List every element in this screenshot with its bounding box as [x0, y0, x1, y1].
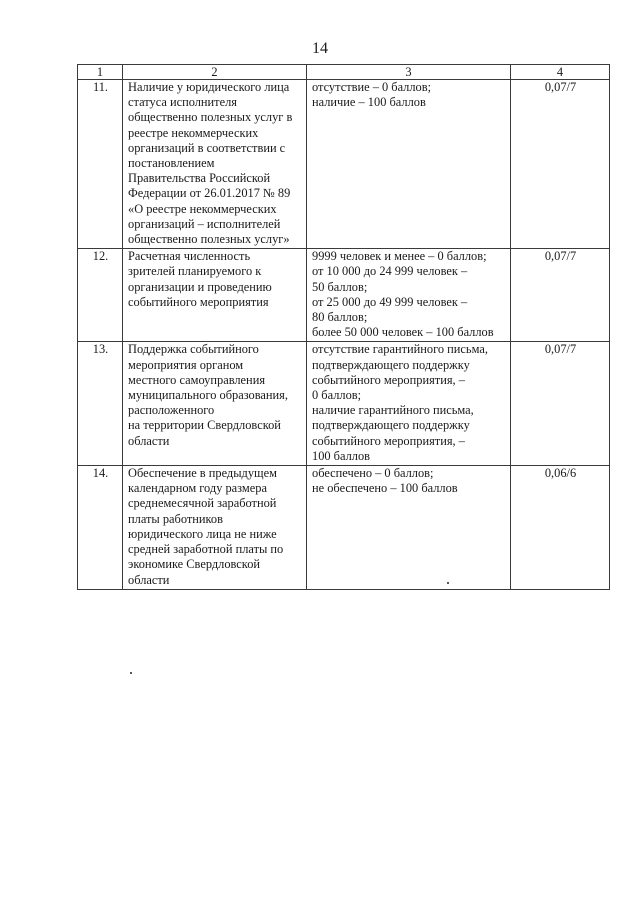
scoring-line: 100 баллов [312, 449, 506, 464]
scoring-line: 80 баллов; [312, 310, 506, 325]
criterion-line: календарном году размера [128, 481, 302, 496]
criterion-line: местного самоуправления [128, 373, 302, 388]
scoring-line: событийного мероприятия, – [312, 434, 506, 449]
scoring-line: не обеспечено – 100 баллов [312, 481, 506, 496]
header-col-3: 3 [307, 65, 511, 80]
scoring-line: 9999 человек и менее – 0 баллов; [312, 249, 506, 264]
criterion-line: общественно полезных услуг» [128, 232, 302, 247]
table-row: 13.Поддержка событийногомероприятия орга… [78, 342, 610, 466]
criterion-line: Наличие у юридического лица [128, 80, 302, 95]
scoring-line: наличие – 100 баллов [312, 95, 506, 110]
weight-cell: 0,06/6 [511, 466, 610, 590]
criterion-cell: Расчетная численностьзрителей планируемо… [123, 249, 307, 342]
scoring-line: отсутствие гарантийного письма, [312, 342, 506, 357]
header-row: 1 2 3 4 [78, 65, 610, 80]
criterion-line: Расчетная численность [128, 249, 302, 264]
scoring-line: наличие гарантийного письма, [312, 403, 506, 418]
criterion-line: Обеспечение в предыдущем [128, 466, 302, 481]
criterion-line: муниципального образования, [128, 388, 302, 403]
scoring-line: событийного мероприятия, – [312, 373, 506, 388]
header-col-4: 4 [511, 65, 610, 80]
criterion-line: реестре некоммерческих [128, 126, 302, 141]
criterion-line: статуса исполнителя [128, 95, 302, 110]
scoring-line: подтверждающего поддержку [312, 418, 506, 433]
criterion-line: экономике Свердловской [128, 557, 302, 572]
criterion-line: постановлением [128, 156, 302, 171]
table-row: 14.Обеспечение в предыдущемкалендарном г… [78, 466, 610, 590]
scan-speck [447, 582, 449, 584]
criterion-line: событийного мероприятия [128, 295, 302, 310]
criterion-cell: Обеспечение в предыдущемкалендарном году… [123, 466, 307, 590]
criterion-line: расположенного [128, 403, 302, 418]
scoring-line: подтверждающего поддержку [312, 358, 506, 373]
criterion-line: средней заработной платы по [128, 542, 302, 557]
page-number: 14 [0, 40, 640, 58]
criterion-line: мероприятия органом [128, 358, 302, 373]
weight-cell: 0,07/7 [511, 249, 610, 342]
weight-cell: 0,07/7 [511, 342, 610, 466]
row-number: 11. [78, 80, 123, 249]
criterion-line: Федерации от 26.01.2017 № 89 [128, 186, 302, 201]
row-number: 12. [78, 249, 123, 342]
criterion-line: общественно полезных услуг в [128, 110, 302, 125]
criterion-line: организаций – исполнителей [128, 217, 302, 232]
scoring-line: обеспечено – 0 баллов; [312, 466, 506, 481]
criterion-line: юридического лица не ниже [128, 527, 302, 542]
scan-speck [130, 672, 132, 674]
scoring-line: 0 баллов; [312, 388, 506, 403]
criterion-line: на территории Свердловской [128, 418, 302, 433]
criterion-line: зрителей планируемого к [128, 264, 302, 279]
scoring-line: отсутствие – 0 баллов; [312, 80, 506, 95]
criterion-line: платы работников [128, 512, 302, 527]
header-col-2: 2 [123, 65, 307, 80]
scoring-cell: отсутствие гарантийного письма,подтвержд… [307, 342, 511, 466]
criterion-line: «О реестре некоммерческих [128, 202, 302, 217]
criterion-line: области [128, 573, 302, 588]
criterion-cell: Поддержка событийногомероприятия органом… [123, 342, 307, 466]
scoring-line: от 25 000 до 49 999 человек – [312, 295, 506, 310]
scoring-line: от 10 000 до 24 999 человек – [312, 264, 506, 279]
scoring-cell: отсутствие – 0 баллов;наличие – 100 балл… [307, 80, 511, 249]
criterion-line: области [128, 434, 302, 449]
row-number: 14. [78, 466, 123, 590]
criterion-cell: Наличие у юридического лицастатуса испол… [123, 80, 307, 249]
scoring-line: более 50 000 человек – 100 баллов [312, 325, 506, 340]
header-col-1: 1 [78, 65, 123, 80]
table-row: 11.Наличие у юридического лицастатуса ис… [78, 80, 610, 249]
scoring-cell: обеспечено – 0 баллов;не обеспечено – 10… [307, 466, 511, 590]
table-row: 12.Расчетная численностьзрителей планиру… [78, 249, 610, 342]
scoring-cell: 9999 человек и менее – 0 баллов;от 10 00… [307, 249, 511, 342]
weight-cell: 0,07/7 [511, 80, 610, 249]
criterion-line: организации и проведению [128, 280, 302, 295]
criteria-table: 1 2 3 4 11.Наличие у юридического лицаст… [77, 64, 610, 590]
scoring-line: 50 баллов; [312, 280, 506, 295]
criterion-line: организаций в соответствии с [128, 141, 302, 156]
criterion-line: Правительства Российской [128, 171, 302, 186]
criterion-line: Поддержка событийного [128, 342, 302, 357]
criterion-line: среднемесячной заработной [128, 496, 302, 511]
row-number: 13. [78, 342, 123, 466]
